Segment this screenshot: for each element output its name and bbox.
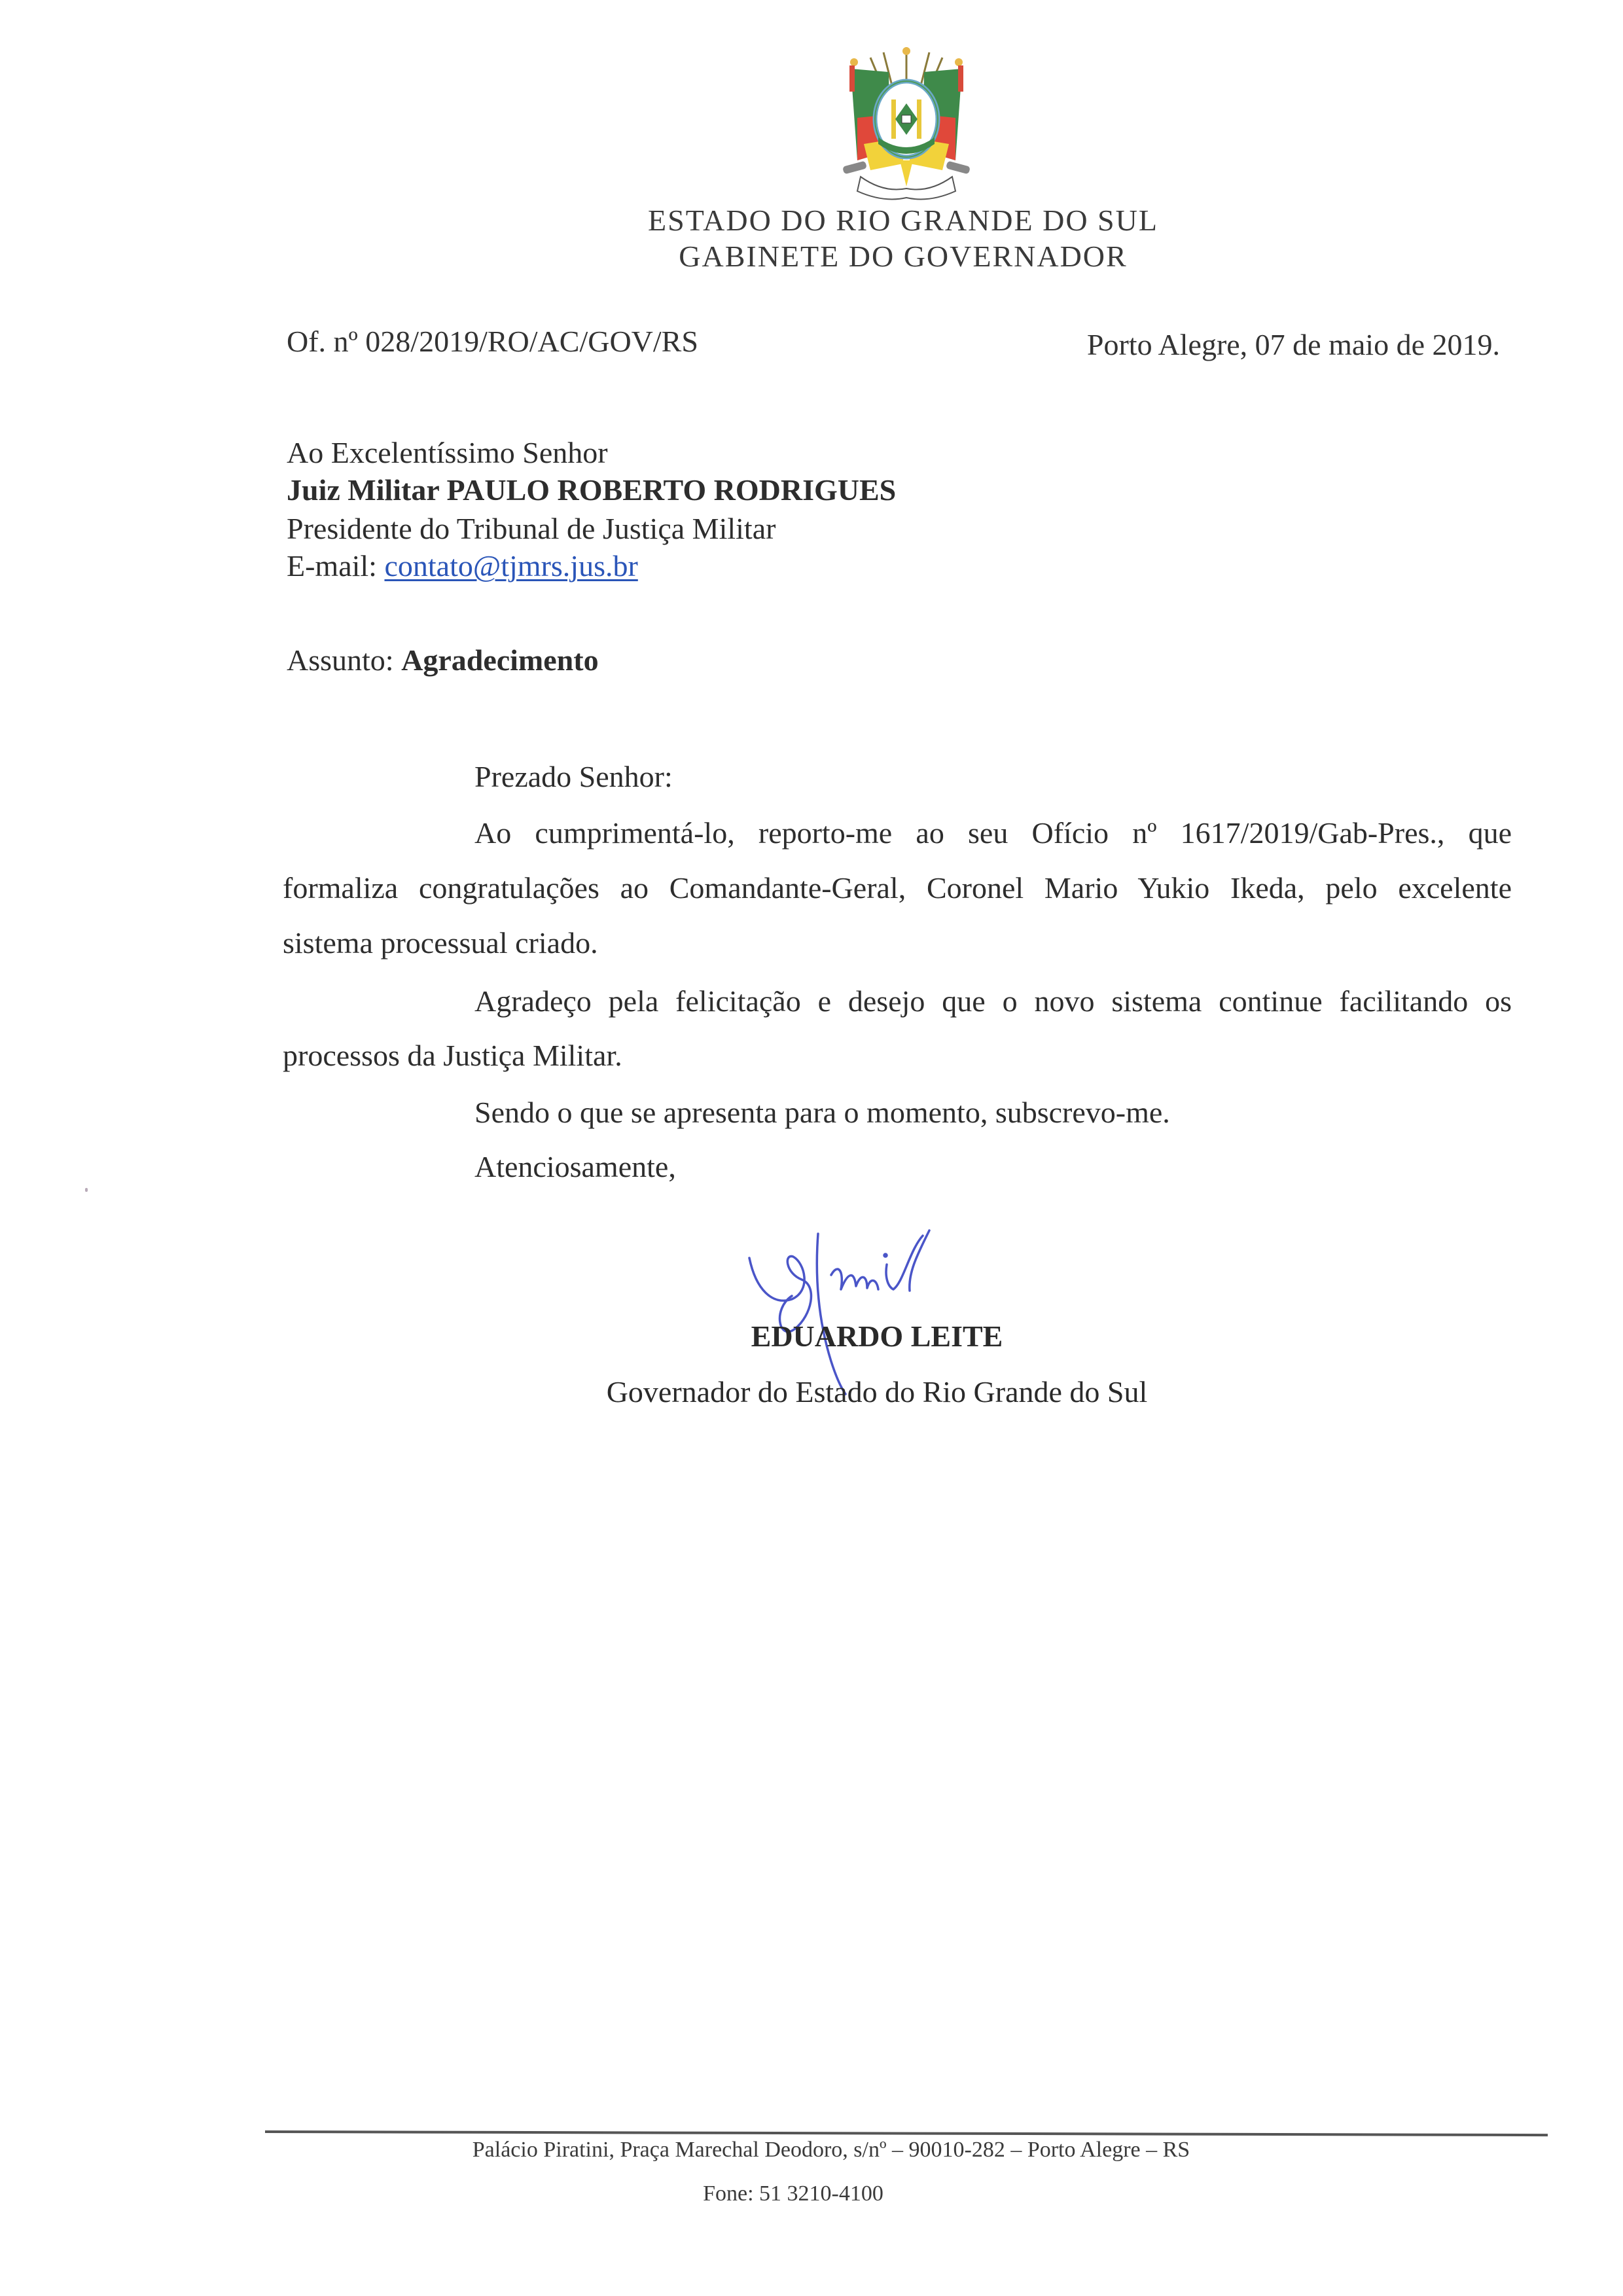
signer-title: Governador do Estado do Rio Grande do Su… (65, 1374, 1623, 1409)
letterhead-office: GABINETE DO GOVERNADOR (92, 239, 1623, 274)
recipient-title: Presidente do Tribunal de Justiça Milita… (287, 511, 776, 546)
email-label: E-mail: (287, 549, 384, 583)
scan-artifact (85, 1188, 88, 1192)
email-link[interactable]: contato@tjmrs.jus.br (384, 549, 637, 583)
paragraph-2-line: Agradeço pela felicitação e desejo que o… (474, 984, 1512, 1018)
paragraph-1-line: Ao cumprimentá-lo, reporto-me ao seu Ofí… (474, 816, 1512, 850)
closing-regards: Atenciosamente, (474, 1149, 676, 1184)
letterhead-state: ESTADO DO RIO GRANDE DO SUL (92, 203, 1623, 238)
footer-divider (265, 2130, 1548, 2136)
recipient-salutation: Ao Excelentíssimo Senhor (287, 435, 608, 470)
subject-line: Assunto: Agradecimento (287, 643, 599, 677)
footer-address: Palácio Piratini, Praça Marechal Deodoro… (20, 2138, 1623, 2162)
closing-statement: Sendo o que se apresenta para o momento,… (474, 1095, 1170, 1130)
paragraph-1-line: formaliza congratulações ao Comandante-G… (283, 870, 1512, 905)
paragraph-1-line: sistema processual criado. (283, 925, 598, 960)
subject-label: Assunto: (287, 643, 401, 677)
reference-number: Of. nº 028/2019/RO/AC/GOV/RS (287, 324, 698, 359)
recipient-email-line: E-mail: contato@tjmrs.jus.br (287, 548, 638, 583)
footer-phone: Fone: 51 3210-4100 (0, 2181, 1605, 2206)
place-date: Porto Alegre, 07 de maio de 2019. (1087, 327, 1500, 362)
recipient-name: Juiz Militar PAULO ROBERTO RODRIGUES (287, 473, 896, 507)
subject-value: Agradecimento (401, 643, 598, 677)
coat-of-arms-icon (838, 46, 975, 203)
paragraph-2-line: processos da Justiça Militar. (283, 1038, 622, 1073)
signer-name: EDUARDO LEITE (65, 1319, 1623, 1354)
greeting: Prezado Senhor: (474, 759, 673, 794)
